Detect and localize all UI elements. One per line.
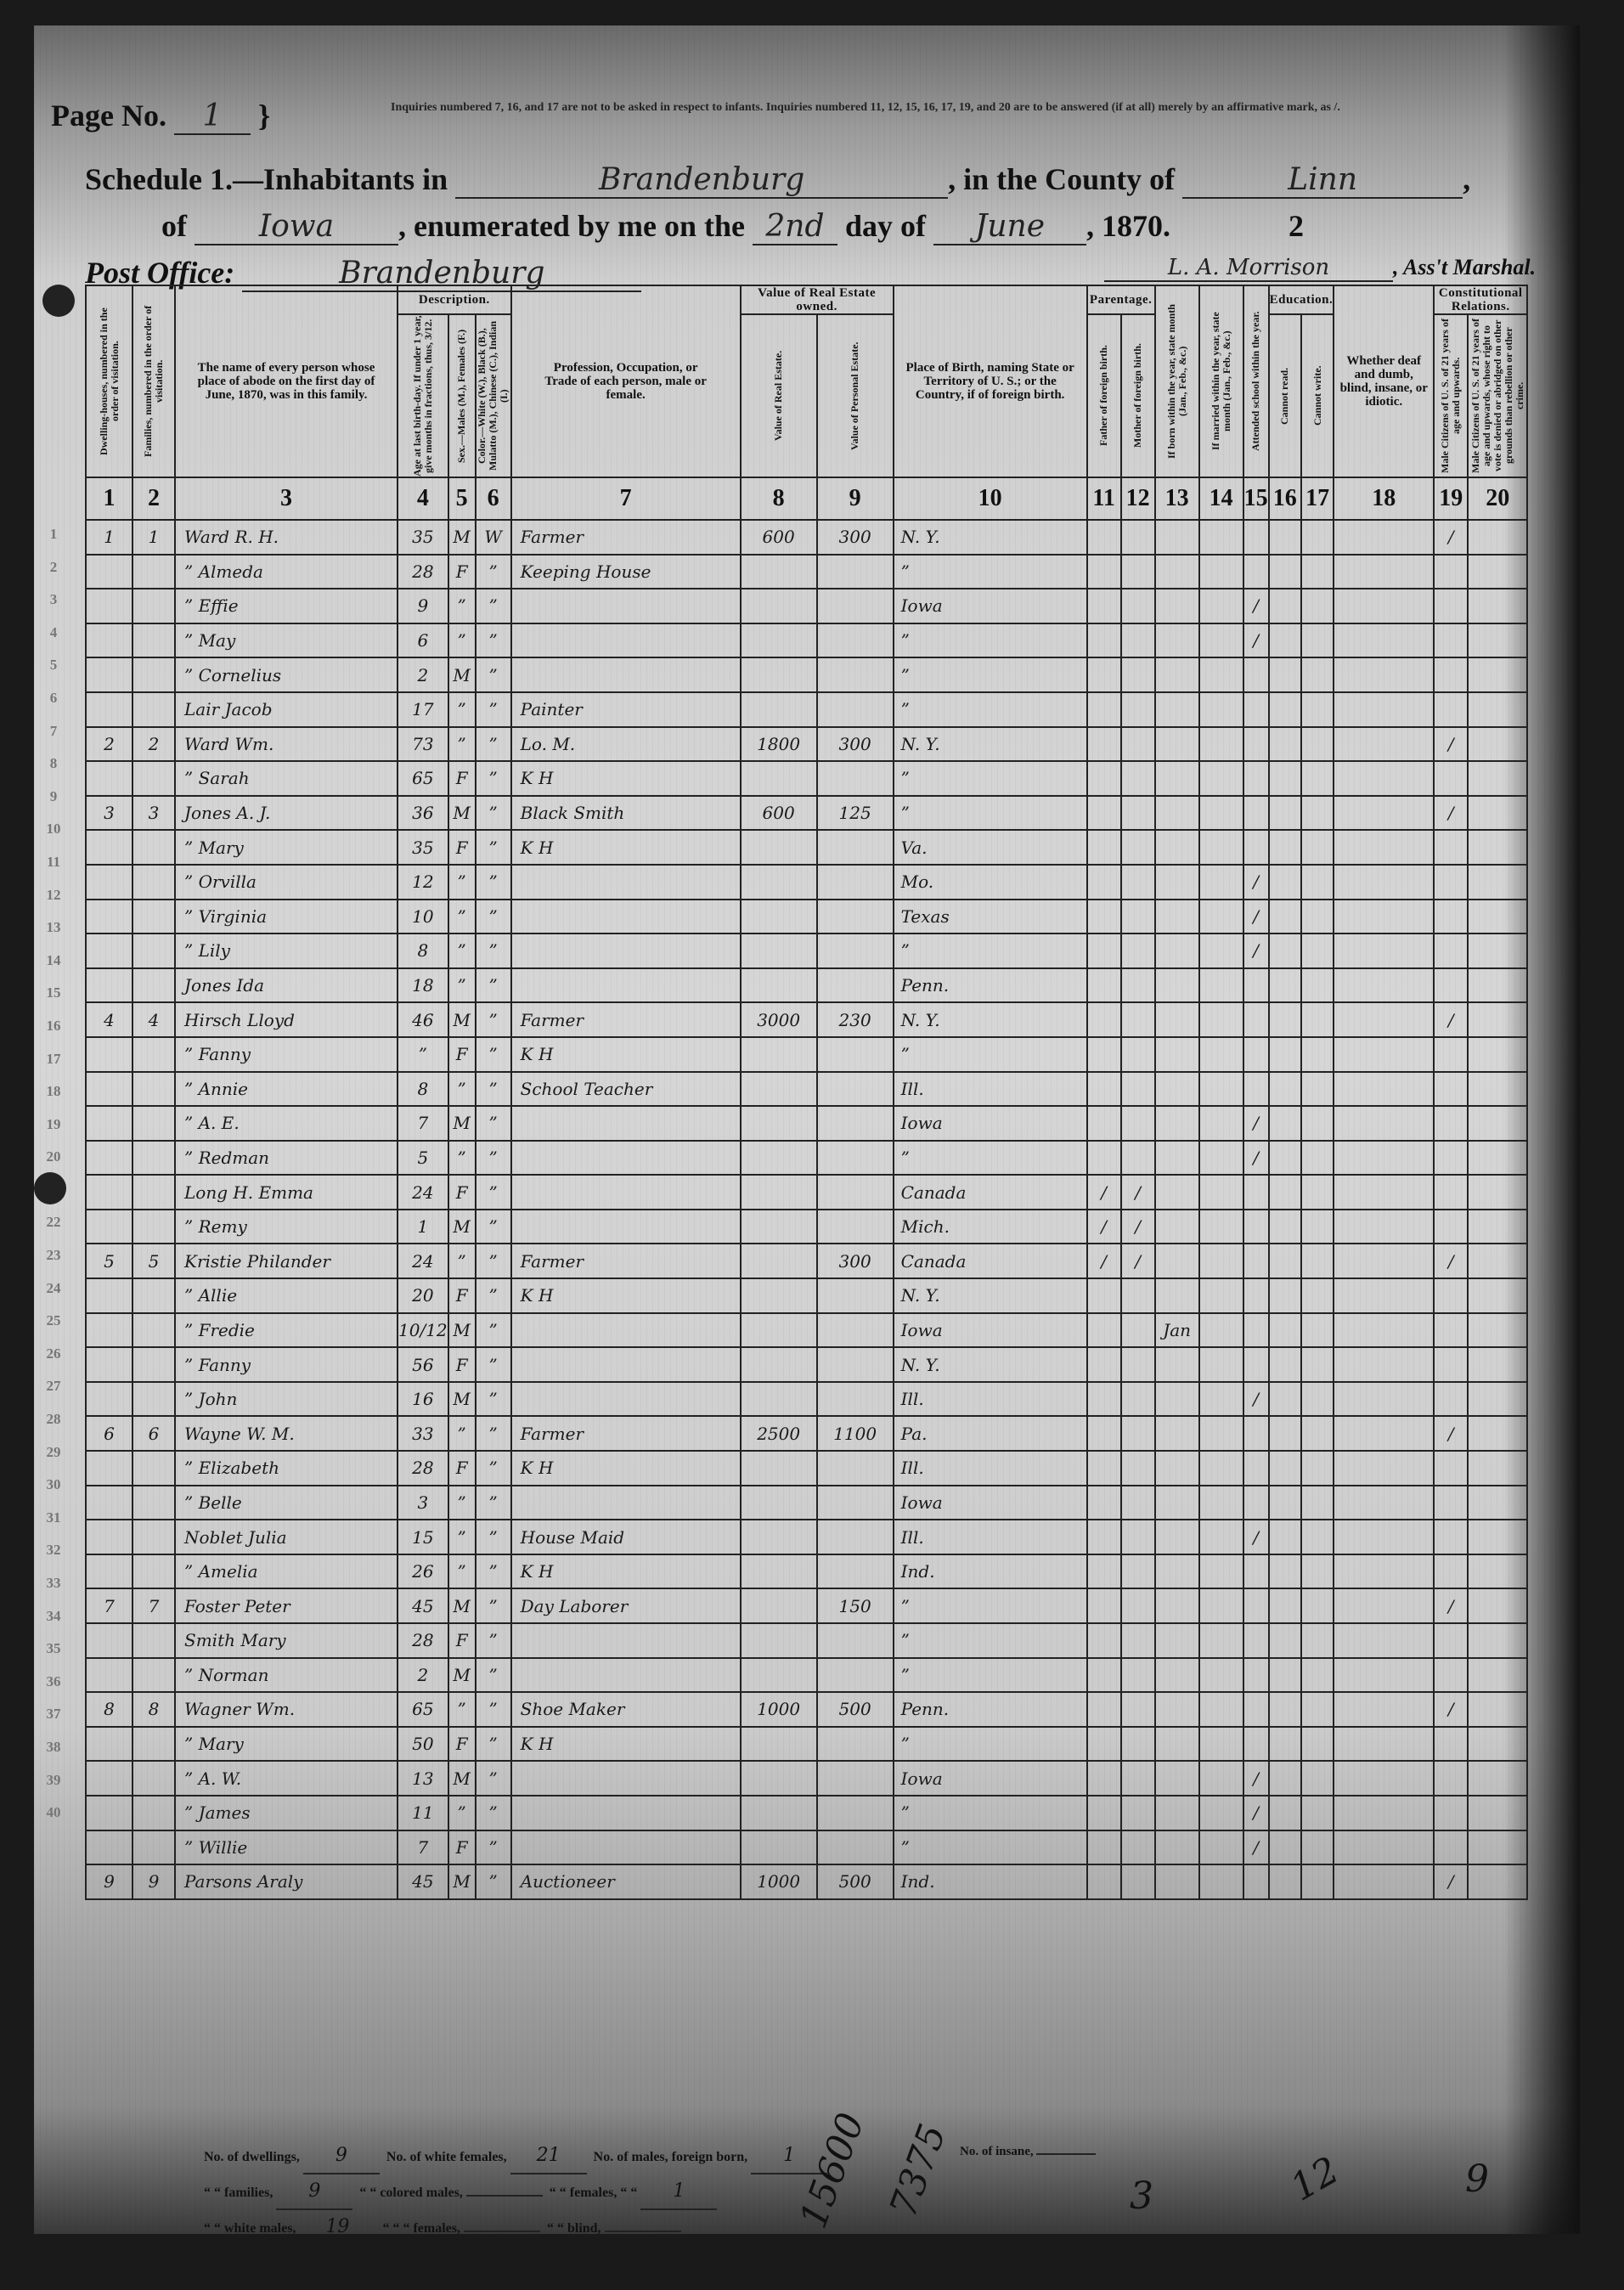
father-foreign-mark xyxy=(1087,623,1121,658)
male-citizen-mark xyxy=(1434,1486,1468,1520)
age: 11 xyxy=(398,1796,448,1830)
person-name: Ward Wm. xyxy=(175,727,398,762)
line-number: 5 xyxy=(41,649,66,682)
cannot-write xyxy=(1301,1830,1334,1865)
age: 2 xyxy=(398,1658,448,1693)
disability xyxy=(1334,589,1434,623)
attended-school-mark xyxy=(1243,830,1269,865)
birthplace: ” xyxy=(894,1037,1087,1072)
county-value: Linn xyxy=(1182,162,1463,199)
married-within-year xyxy=(1199,1451,1243,1486)
vote-denied xyxy=(1468,1037,1527,1072)
family-number xyxy=(133,589,175,623)
sex: ” xyxy=(448,1141,476,1176)
male-citizen-mark: / xyxy=(1434,796,1468,831)
real-estate-value xyxy=(741,555,817,589)
attended-school-mark xyxy=(1243,1347,1269,1382)
color: ” xyxy=(476,865,511,900)
born-within-year xyxy=(1155,968,1199,1003)
cannot-write xyxy=(1301,520,1334,555)
color: ” xyxy=(476,1796,511,1830)
summary-line-3: “ “ white males, 19 “ “ “ females, “ “ b… xyxy=(204,2210,827,2234)
color: ” xyxy=(476,1588,511,1623)
born-within-year xyxy=(1155,1210,1199,1244)
personal-estate-value xyxy=(817,900,894,934)
cannot-write xyxy=(1301,933,1334,968)
age: 36 xyxy=(398,796,448,831)
mother-foreign-mark xyxy=(1121,1106,1155,1141)
occupation xyxy=(511,865,741,900)
cannot-read xyxy=(1269,1830,1301,1865)
born-within-year xyxy=(1155,1106,1199,1141)
cannot-read xyxy=(1269,520,1301,555)
mother-foreign-mark xyxy=(1121,1037,1155,1072)
mother-foreign-mark xyxy=(1121,830,1155,865)
born-within-year xyxy=(1155,1416,1199,1451)
disability xyxy=(1334,657,1434,692)
father-foreign-mark xyxy=(1087,589,1121,623)
cannot-write xyxy=(1301,1416,1334,1451)
color: ” xyxy=(476,1486,511,1520)
born-within-year: Jan xyxy=(1155,1313,1199,1348)
married-within-year xyxy=(1199,865,1243,900)
sex: F xyxy=(448,761,476,796)
mother-foreign-mark xyxy=(1121,1727,1155,1762)
vote-denied xyxy=(1468,1244,1527,1278)
color: ” xyxy=(476,1037,511,1072)
occupation xyxy=(511,1106,741,1141)
real-estate-value: 600 xyxy=(741,520,817,555)
person-name: ” Sarah xyxy=(175,761,398,796)
mother-foreign-mark xyxy=(1121,1692,1155,1727)
real-estate-value xyxy=(741,589,817,623)
dwelling-number: 4 xyxy=(86,1002,133,1037)
vote-denied xyxy=(1468,1313,1527,1348)
attended-school-mark xyxy=(1243,1727,1269,1762)
disability xyxy=(1334,1416,1434,1451)
sex: F xyxy=(448,1830,476,1865)
male-citizen-mark xyxy=(1434,1761,1468,1796)
father-foreign-mark xyxy=(1087,1623,1121,1658)
family-number xyxy=(133,1761,175,1796)
occupation xyxy=(511,1382,741,1417)
color: ” xyxy=(476,1727,511,1762)
person-name: ” Lily xyxy=(175,933,398,968)
cannot-write xyxy=(1301,1486,1334,1520)
sex: ” xyxy=(448,727,476,762)
cannot-write xyxy=(1301,1141,1334,1176)
attended-school-mark: / xyxy=(1243,623,1269,658)
cannot-write xyxy=(1301,1451,1334,1486)
line-number: 8 xyxy=(41,747,66,781)
born-within-year xyxy=(1155,1037,1199,1072)
mother-foreign-mark xyxy=(1121,796,1155,831)
col-7-header: Profession, Occupation, or Trade of each… xyxy=(511,285,741,477)
parentage-group-header: Parentage. xyxy=(1087,285,1155,314)
vote-denied xyxy=(1468,1761,1527,1796)
age: 26 xyxy=(398,1554,448,1589)
attended-school-mark: / xyxy=(1243,1761,1269,1796)
born-within-year xyxy=(1155,589,1199,623)
family-number xyxy=(133,1520,175,1554)
attended-school-mark xyxy=(1243,1416,1269,1451)
born-within-year xyxy=(1155,1520,1199,1554)
table-row: ” Fredie10/12M”IowaJan xyxy=(86,1313,1527,1348)
cannot-read xyxy=(1269,1141,1301,1176)
person-name: Kristie Philander xyxy=(175,1244,398,1278)
father-foreign-mark xyxy=(1087,1520,1121,1554)
color: ” xyxy=(476,761,511,796)
age: 35 xyxy=(398,520,448,555)
occupation xyxy=(511,1210,741,1244)
sex: F xyxy=(448,830,476,865)
age: 1 xyxy=(398,1210,448,1244)
col-6-header: Color.—White (W.), Black (B.), Mulatto (… xyxy=(476,314,511,477)
person-name: ” Annie xyxy=(175,1072,398,1107)
mother-foreign-mark xyxy=(1121,865,1155,900)
vote-denied xyxy=(1468,968,1527,1003)
male-citizen-mark xyxy=(1434,1520,1468,1554)
father-foreign-mark xyxy=(1087,761,1121,796)
table-row: ” Redman5”””/ xyxy=(86,1141,1527,1176)
male-citizen-mark xyxy=(1434,1451,1468,1486)
family-number: 8 xyxy=(133,1692,175,1727)
instructions-text: Inquiries numbered 7, 16, and 17 are not… xyxy=(391,100,1546,116)
cannot-write xyxy=(1301,900,1334,934)
occupation xyxy=(511,1623,741,1658)
mother-foreign-mark xyxy=(1121,727,1155,762)
color: ” xyxy=(476,1658,511,1693)
birthplace: ” xyxy=(894,1588,1087,1623)
table-row: ” Remy1M”Mich.// xyxy=(86,1210,1527,1244)
dwelling-number xyxy=(86,1520,133,1554)
real-estate-value xyxy=(741,1658,817,1693)
birthplace: Ill. xyxy=(894,1520,1087,1554)
born-within-year xyxy=(1155,796,1199,831)
line-number: 6 xyxy=(41,682,66,715)
attended-school-mark xyxy=(1243,1175,1269,1210)
born-within-year xyxy=(1155,1830,1199,1865)
table-row: 44Hirsch Lloyd46M”Farmer3000230N. Y./ xyxy=(86,1002,1527,1037)
real-estate-value xyxy=(741,1554,817,1589)
family-number xyxy=(133,1727,175,1762)
binder-hole-icon xyxy=(42,285,75,317)
schedule-line: Schedule 1.—Inhabitants in Brandenburg, … xyxy=(85,161,1470,199)
person-name: ” Virginia xyxy=(175,900,398,934)
color: ” xyxy=(476,933,511,968)
table-row: ” Amelia26””K HInd. xyxy=(86,1554,1527,1589)
vote-denied xyxy=(1468,1692,1527,1727)
family-number: 1 xyxy=(133,520,175,555)
table-row: ” Elizabeth28F”K HIll. xyxy=(86,1451,1527,1486)
occupation xyxy=(511,589,741,623)
father-foreign-mark xyxy=(1087,1830,1121,1865)
cannot-read xyxy=(1269,1002,1301,1037)
line-number: 24 xyxy=(41,1272,66,1306)
col-5-header: Sex.—Males (M.), Females (F.) xyxy=(448,314,476,477)
father-foreign-mark xyxy=(1087,865,1121,900)
sex: F xyxy=(448,1347,476,1382)
married-within-year xyxy=(1199,1486,1243,1520)
attended-school-mark xyxy=(1243,1658,1269,1693)
color: ” xyxy=(476,1175,511,1210)
male-citizen-mark xyxy=(1434,1072,1468,1107)
occupation: Farmer xyxy=(511,520,741,555)
personal-estate-value: 300 xyxy=(817,520,894,555)
father-foreign-mark xyxy=(1087,1416,1121,1451)
married-within-year xyxy=(1199,1037,1243,1072)
personal-estate-value xyxy=(817,1072,894,1107)
born-within-year xyxy=(1155,1451,1199,1486)
cannot-write xyxy=(1301,1106,1334,1141)
father-foreign-mark xyxy=(1087,1692,1121,1727)
sex: ” xyxy=(448,900,476,934)
birthplace: N. Y. xyxy=(894,1347,1087,1382)
personal-estate-value xyxy=(817,761,894,796)
male-citizen-mark: / xyxy=(1434,520,1468,555)
male-citizen-mark xyxy=(1434,1313,1468,1348)
occupation: Farmer xyxy=(511,1416,741,1451)
age: 5 xyxy=(398,1141,448,1176)
line-number: 22 xyxy=(41,1206,66,1239)
cannot-read xyxy=(1269,1210,1301,1244)
column-number: 16 xyxy=(1269,477,1301,520)
col-9-header: Value of Personal Estate. xyxy=(817,314,894,477)
personal-estate-value xyxy=(817,933,894,968)
born-within-year xyxy=(1155,1141,1199,1176)
attended-school-mark xyxy=(1243,1210,1269,1244)
vote-denied xyxy=(1468,1141,1527,1176)
blind-count xyxy=(605,2231,681,2232)
vote-denied xyxy=(1468,761,1527,796)
mother-foreign-mark xyxy=(1121,623,1155,658)
dwelling-number xyxy=(86,692,133,727)
column-number: 20 xyxy=(1468,477,1527,520)
table-row: ” James11”””/ xyxy=(86,1796,1527,1830)
birthplace: Iowa xyxy=(894,1313,1087,1348)
line-number: 25 xyxy=(41,1305,66,1338)
personal-estate-value xyxy=(817,1761,894,1796)
born-within-year xyxy=(1155,1864,1199,1899)
married-within-year xyxy=(1199,968,1243,1003)
born-within-year xyxy=(1155,1382,1199,1417)
township-value: Brandenburg xyxy=(455,162,948,199)
father-foreign-mark xyxy=(1087,1658,1121,1693)
dwelling-number xyxy=(86,1072,133,1107)
page-number-line: Page No. 1 } xyxy=(51,98,270,135)
sex: ” xyxy=(448,1520,476,1554)
cannot-write xyxy=(1301,1588,1334,1623)
cannot-write xyxy=(1301,1313,1334,1348)
line-number: 2 xyxy=(41,551,66,584)
birthplace: Ill. xyxy=(894,1072,1087,1107)
color: ” xyxy=(476,1382,511,1417)
mother-foreign-mark xyxy=(1121,1658,1155,1693)
male-citizen-mark xyxy=(1434,1658,1468,1693)
page-number-value: 1 xyxy=(174,99,251,135)
vote-denied xyxy=(1468,589,1527,623)
age: 28 xyxy=(398,1451,448,1486)
real-estate-value xyxy=(741,1347,817,1382)
cannot-write xyxy=(1301,1623,1334,1658)
column-number: 12 xyxy=(1121,477,1155,520)
header-group-row: Dwelling-houses, numbered in the order o… xyxy=(86,285,1527,314)
personal-estate-value: 300 xyxy=(817,727,894,762)
dwelling-number xyxy=(86,830,133,865)
sex: ” xyxy=(448,865,476,900)
mother-foreign-mark xyxy=(1121,1554,1155,1589)
father-foreign-mark xyxy=(1087,1347,1121,1382)
occupation: Keeping House xyxy=(511,555,741,589)
father-foreign-mark xyxy=(1087,796,1121,831)
born-within-year xyxy=(1155,1761,1199,1796)
line-number: 12 xyxy=(41,879,66,912)
birthplace: ” xyxy=(894,1830,1087,1865)
real-estate-value xyxy=(741,1175,817,1210)
family-number xyxy=(133,1037,175,1072)
age: 50 xyxy=(398,1727,448,1762)
sex: ” xyxy=(448,1692,476,1727)
age: 3 xyxy=(398,1486,448,1520)
father-foreign-mark xyxy=(1087,1796,1121,1830)
person-name: ” John xyxy=(175,1382,398,1417)
dwelling-number xyxy=(86,1830,133,1865)
personal-estate-value xyxy=(817,1313,894,1348)
column-number: 9 xyxy=(817,477,894,520)
dwelling-number xyxy=(86,1382,133,1417)
born-within-year xyxy=(1155,1727,1199,1762)
cannot-read xyxy=(1269,1278,1301,1313)
table-row: ” A. E.7M”Iowa/ xyxy=(86,1106,1527,1141)
col-2-header: Families, numbered in the order of visit… xyxy=(133,285,175,477)
color: ” xyxy=(476,1830,511,1865)
dwelling-number xyxy=(86,589,133,623)
attended-school-mark: / xyxy=(1243,900,1269,934)
dwelling-number: 8 xyxy=(86,1692,133,1727)
married-within-year xyxy=(1199,1416,1243,1451)
col-4-header: Age at last birth-day. If under 1 year, … xyxy=(398,314,448,477)
birthplace: N. Y. xyxy=(894,520,1087,555)
cannot-read xyxy=(1269,1175,1301,1210)
male-citizen-mark xyxy=(1434,1210,1468,1244)
family-number: 9 xyxy=(133,1864,175,1899)
marshal-signature: L. A. Morrison xyxy=(1104,255,1393,282)
father-foreign-mark xyxy=(1087,1588,1121,1623)
family-number xyxy=(133,830,175,865)
cannot-read xyxy=(1269,657,1301,692)
real-estate-value xyxy=(741,1278,817,1313)
dwelling-number xyxy=(86,1486,133,1520)
age: 10 xyxy=(398,900,448,934)
married-within-year xyxy=(1199,761,1243,796)
cannot-write xyxy=(1301,1278,1334,1313)
born-within-year xyxy=(1155,1554,1199,1589)
personal-estate-value: 150 xyxy=(817,1588,894,1623)
column-number: 18 xyxy=(1334,477,1434,520)
occupation xyxy=(511,1658,741,1693)
family-number: 5 xyxy=(133,1244,175,1278)
age: 46 xyxy=(398,1002,448,1037)
schedule-label: Schedule 1.—Inhabitants in xyxy=(85,162,448,196)
cannot-write xyxy=(1301,1554,1334,1589)
married-within-year xyxy=(1199,1520,1243,1554)
father-foreign-mark xyxy=(1087,1106,1121,1141)
male-citizen-mark: / xyxy=(1434,1244,1468,1278)
vote-denied xyxy=(1468,1554,1527,1589)
dwelling-number: 6 xyxy=(86,1416,133,1451)
birthplace: ” xyxy=(894,796,1087,831)
total-school: 12 xyxy=(1283,2148,1346,2209)
married-within-year xyxy=(1199,692,1243,727)
father-foreign-mark xyxy=(1087,1002,1121,1037)
attended-school-mark xyxy=(1243,1451,1269,1486)
family-number xyxy=(133,761,175,796)
person-name: ” James xyxy=(175,1796,398,1830)
sex: ” xyxy=(448,1244,476,1278)
person-name: ” Mary xyxy=(175,1727,398,1762)
sex: M xyxy=(448,1761,476,1796)
birthplace: Canada xyxy=(894,1244,1087,1278)
family-number xyxy=(133,555,175,589)
line-number: 29 xyxy=(41,1436,66,1469)
line-number: 37 xyxy=(41,1698,66,1731)
family-number xyxy=(133,1072,175,1107)
real-estate-value: 3000 xyxy=(741,1002,817,1037)
total-parentage: 3 xyxy=(1130,2174,1153,2218)
cannot-read xyxy=(1269,1486,1301,1520)
cannot-write xyxy=(1301,1692,1334,1727)
family-number xyxy=(133,1830,175,1865)
mother-foreign-mark xyxy=(1121,589,1155,623)
attended-school-mark xyxy=(1243,1554,1269,1589)
cannot-write xyxy=(1301,1002,1334,1037)
color: ” xyxy=(476,1347,511,1382)
age: 35 xyxy=(398,830,448,865)
color: ” xyxy=(476,1416,511,1451)
married-within-year xyxy=(1199,796,1243,831)
attended-school-mark: / xyxy=(1243,933,1269,968)
male-citizen-mark: / xyxy=(1434,1864,1468,1899)
person-name: ” Willie xyxy=(175,1830,398,1865)
occupation: Shoe Maker xyxy=(511,1692,741,1727)
cannot-write xyxy=(1301,968,1334,1003)
married-within-year xyxy=(1199,1382,1243,1417)
occupation: K H xyxy=(511,1037,741,1072)
line-number: 7 xyxy=(41,715,66,748)
occupation: K H xyxy=(511,1554,741,1589)
color: ” xyxy=(476,589,511,623)
family-number xyxy=(133,1796,175,1830)
age: 10/12 xyxy=(398,1313,448,1348)
birthplace: Ind. xyxy=(894,1864,1087,1899)
real-estate-value xyxy=(741,865,817,900)
sex: M xyxy=(448,1864,476,1899)
attended-school-mark xyxy=(1243,555,1269,589)
real-estate-value xyxy=(741,761,817,796)
personal-estate-value xyxy=(817,657,894,692)
male-citizen-mark xyxy=(1434,657,1468,692)
dwelling-number xyxy=(86,1658,133,1693)
summary-line-2: “ “ families, 9 “ “ colored males, “ “ f… xyxy=(204,2174,827,2210)
married-within-year xyxy=(1199,933,1243,968)
cannot-read xyxy=(1269,761,1301,796)
attended-school-mark xyxy=(1243,796,1269,831)
disability xyxy=(1334,796,1434,831)
cannot-write xyxy=(1301,727,1334,762)
married-within-year xyxy=(1199,1727,1243,1762)
color: ” xyxy=(476,692,511,727)
dwelling-number: 3 xyxy=(86,796,133,831)
